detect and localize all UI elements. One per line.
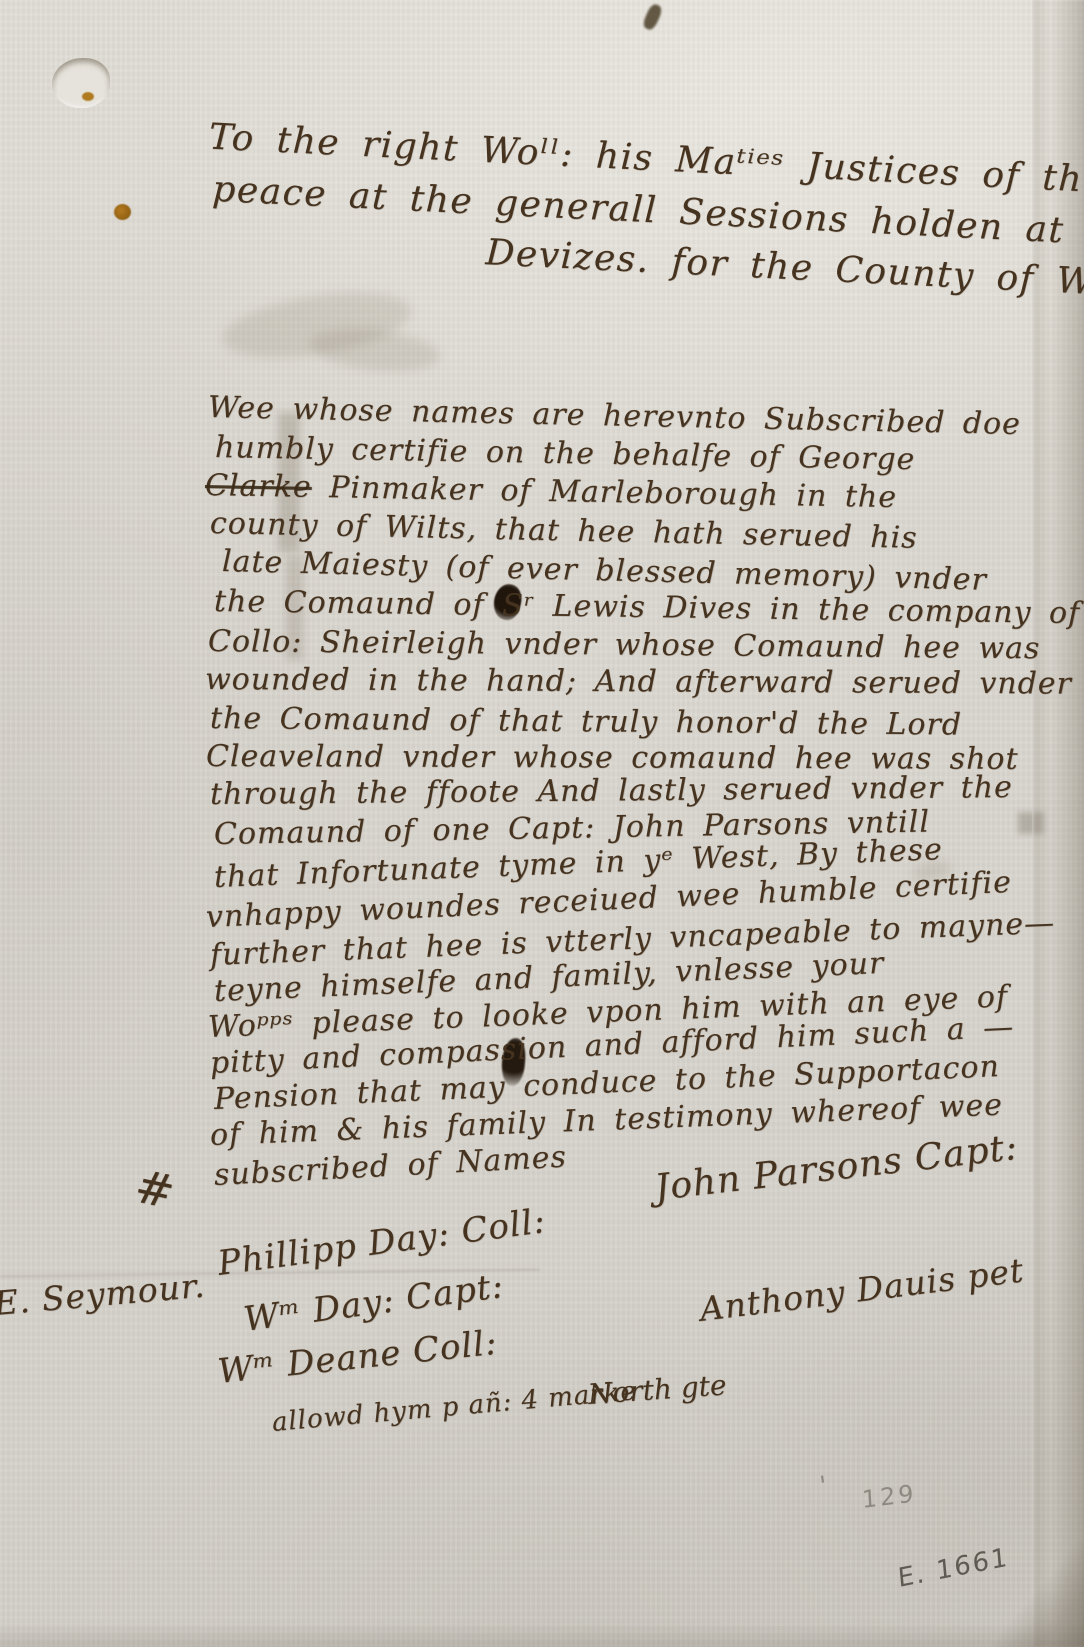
bleed-through-mark	[308, 323, 441, 376]
archival-reference-code: E. 1661	[897, 1542, 1011, 1594]
signature-seymour: E. Seymour.	[0, 1266, 207, 1323]
manuscript-page: To the right Woˡˡ: his Maᵗⁱᵉˢ Justices o…	[0, 0, 1084, 1647]
signature-john-parsons: John Parsons Capt:	[653, 1127, 1020, 1209]
body-line: wounded in the hand; And afterward serue…	[205, 662, 1072, 702]
body-line-text: Pinmaker of Marleborough in the	[311, 470, 897, 515]
struck-word: Clarke	[205, 468, 312, 505]
document-heading: To the right Woˡˡ: his Maᵗⁱᵉˢ Justices o…	[191, 116, 1039, 337]
hash-mark: #	[130, 1159, 180, 1220]
allowance-note: allowd hym p añ: 4 marke	[271, 1376, 638, 1438]
smudge-mark	[1018, 812, 1044, 834]
stray-ink-mark	[641, 2, 663, 31]
body-line: Collo: Sheirleigh vnder whose Comaund he…	[208, 624, 1041, 666]
ink-stain-dot	[114, 204, 131, 220]
paper-hole	[52, 58, 110, 108]
page-bottom-shadow	[0, 1622, 1084, 1647]
archival-tick: '	[818, 1471, 829, 1502]
body-line: the Comaund of that truly honor'd the Lo…	[210, 701, 962, 743]
location-note: North gte	[587, 1368, 728, 1411]
signature-anthony-davis: Anthony Dauis pet	[698, 1250, 1026, 1328]
archival-page-number: 129	[861, 1479, 917, 1514]
stain-fleck	[82, 92, 94, 101]
